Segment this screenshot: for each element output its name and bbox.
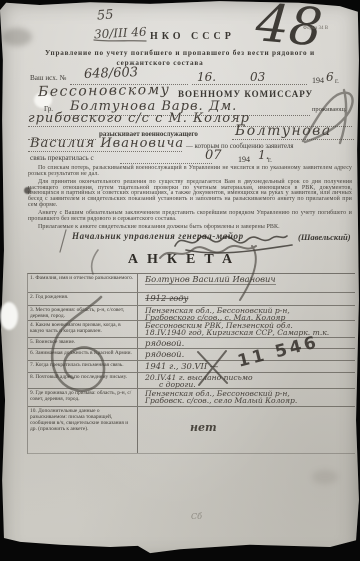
row-label: 1. Фамилия, имя и отчество разыскиваемог… — [28, 274, 138, 292]
row-label: 10. Дополнительные данные о разыскиваемо… — [28, 407, 138, 453]
row-value-line: рядовой. — [145, 349, 184, 359]
date-year-printed: 194 — [312, 76, 324, 85]
chief-surname: (Шавельский) — [298, 232, 351, 242]
row-value: Пензенская обл., Бессоновский р-н, Грабо… — [138, 306, 355, 320]
table-row: 2. Год рождения. 1912 году — [28, 293, 355, 306]
row-value: Болтунов Василий Иванович — [138, 274, 355, 292]
stain-tear-white — [0, 302, 18, 330]
soldier-given-name: Василия Ивановича — [30, 136, 184, 151]
date-dotted-line — [192, 84, 307, 85]
addressee-place-handwritten: Бессоновскому — [38, 82, 171, 100]
row-value-line: рядовой. — [145, 338, 184, 348]
row-value: 1912 году — [138, 293, 355, 305]
row-value-line: Грабовск. с/сов., село Малый Колояр. — [145, 396, 297, 405]
date-year-handwritten: 6 — [326, 70, 334, 84]
row-value-line: 1912 году — [145, 293, 188, 303]
questionnaire-title: АНКЕТА — [0, 252, 360, 268]
date-day: 16. — [197, 70, 216, 84]
applicant-address: грибовского с/с с М. Колояр — [28, 111, 250, 126]
addressee-printed-title: ВОЕННОМУ КОМИССАРУ — [178, 89, 313, 99]
contact-month: 07 — [205, 148, 222, 163]
org-name: НКО СССР — [150, 31, 235, 42]
date-month: 03 — [250, 70, 265, 84]
stain-smudge — [2, 28, 32, 46]
photo-of-document: 55 30/III 46 48 Форма 34 В НКО СССР Упра… — [0, 0, 360, 561]
received-date: 30/III 46 — [94, 25, 147, 42]
row-label: 6. Занимаемая должность в Красной Армии. — [28, 349, 138, 360]
residing-label: проживающ. — [312, 106, 347, 113]
surname-dotted-line — [232, 139, 354, 140]
outgoing-ref-number: 648/603 — [84, 65, 139, 82]
row-value-line: 1941 г., 30.VII — — [145, 361, 218, 371]
row-value-line: нет — [190, 422, 217, 434]
row-label: 7. Когда прекратилась письменная связь. — [28, 361, 138, 372]
contact-year-printed: 194 — [238, 155, 250, 164]
contact-label: связь прекратилась с — [30, 154, 94, 162]
questionnaire-table: 1. Фамилия, имя и отчество разыскиваемог… — [27, 273, 355, 454]
table-row: 3. Место рождения: область, р-н, с/совет… — [28, 306, 355, 321]
row-label: 4. Каким военкоматом призван, когда, в к… — [28, 321, 138, 337]
form-number-note: Форма 34 В — [303, 26, 328, 31]
row-value: Пензенская обл., Бессоновский р-н, Грабо… — [138, 389, 355, 406]
body-paragraph: Для принятия окончательного решения по с… — [28, 180, 352, 208]
bottom-page-mark: Сб — [191, 512, 202, 521]
row-label: 8. Почтовый адрес по последнему письму. — [28, 373, 138, 388]
org-dept-line2: сержантского состава — [0, 59, 320, 67]
date-year-suffix: г. — [335, 77, 339, 85]
name-dotted-line — [28, 151, 182, 152]
stain-smudge — [312, 470, 338, 484]
row-label: 5. Воинское звание. — [28, 338, 138, 348]
contact-year-suffix: г. — [268, 156, 272, 164]
table-row: 10. Дополнительные данные о разыскиваемо… — [28, 407, 355, 454]
table-row: 8. Почтовый адрес по последнему письму. … — [28, 373, 355, 389]
body-paragraph: Анкету с Вашим обязательным заключением … — [28, 211, 352, 222]
row-value-line: Болтунов Василий Иванович — [145, 274, 276, 285]
table-row: 9. Где проживал до призыва: область, р-н… — [28, 389, 355, 407]
row-label: 2. Год рождения. — [28, 293, 138, 305]
row-value: 20.IV.41 г. выслано письмо с дороги. — [138, 373, 355, 388]
chief-title: Начальник управления генерал-майор — [72, 231, 244, 241]
body-paragraph: По спискам потерь, разыскиваемый военнос… — [28, 166, 352, 177]
which-label: — которым по сообщению заявителя — [186, 143, 294, 150]
outgoing-ref-label: Ваш исх. № — [30, 74, 66, 82]
row-value: нет — [138, 407, 355, 453]
row-label: 9. Где проживал до призыва: область, р-н… — [28, 389, 138, 406]
letter-body: По спискам потерь, разыскиваемый военнос… — [28, 166, 352, 234]
contact-dotted-line — [120, 163, 212, 164]
org-dept-line1: Управление по учету погибшего и пропавше… — [0, 49, 360, 57]
table-row: 7. Когда прекратилась письменная связь. … — [28, 361, 355, 373]
row-value: Бессоновским РВК, Пензенской обл. 18.IV.… — [138, 321, 355, 337]
table-row: 1. Фамилия, имя и отчество разыскиваемог… — [28, 274, 355, 293]
received-number: 55 — [96, 7, 114, 23]
row-label: 3. Место рождения: область, р-н, с/совет… — [28, 306, 138, 320]
soldier-surname: Болтунова — [235, 123, 332, 139]
row-value: рядовой. — [138, 338, 355, 348]
